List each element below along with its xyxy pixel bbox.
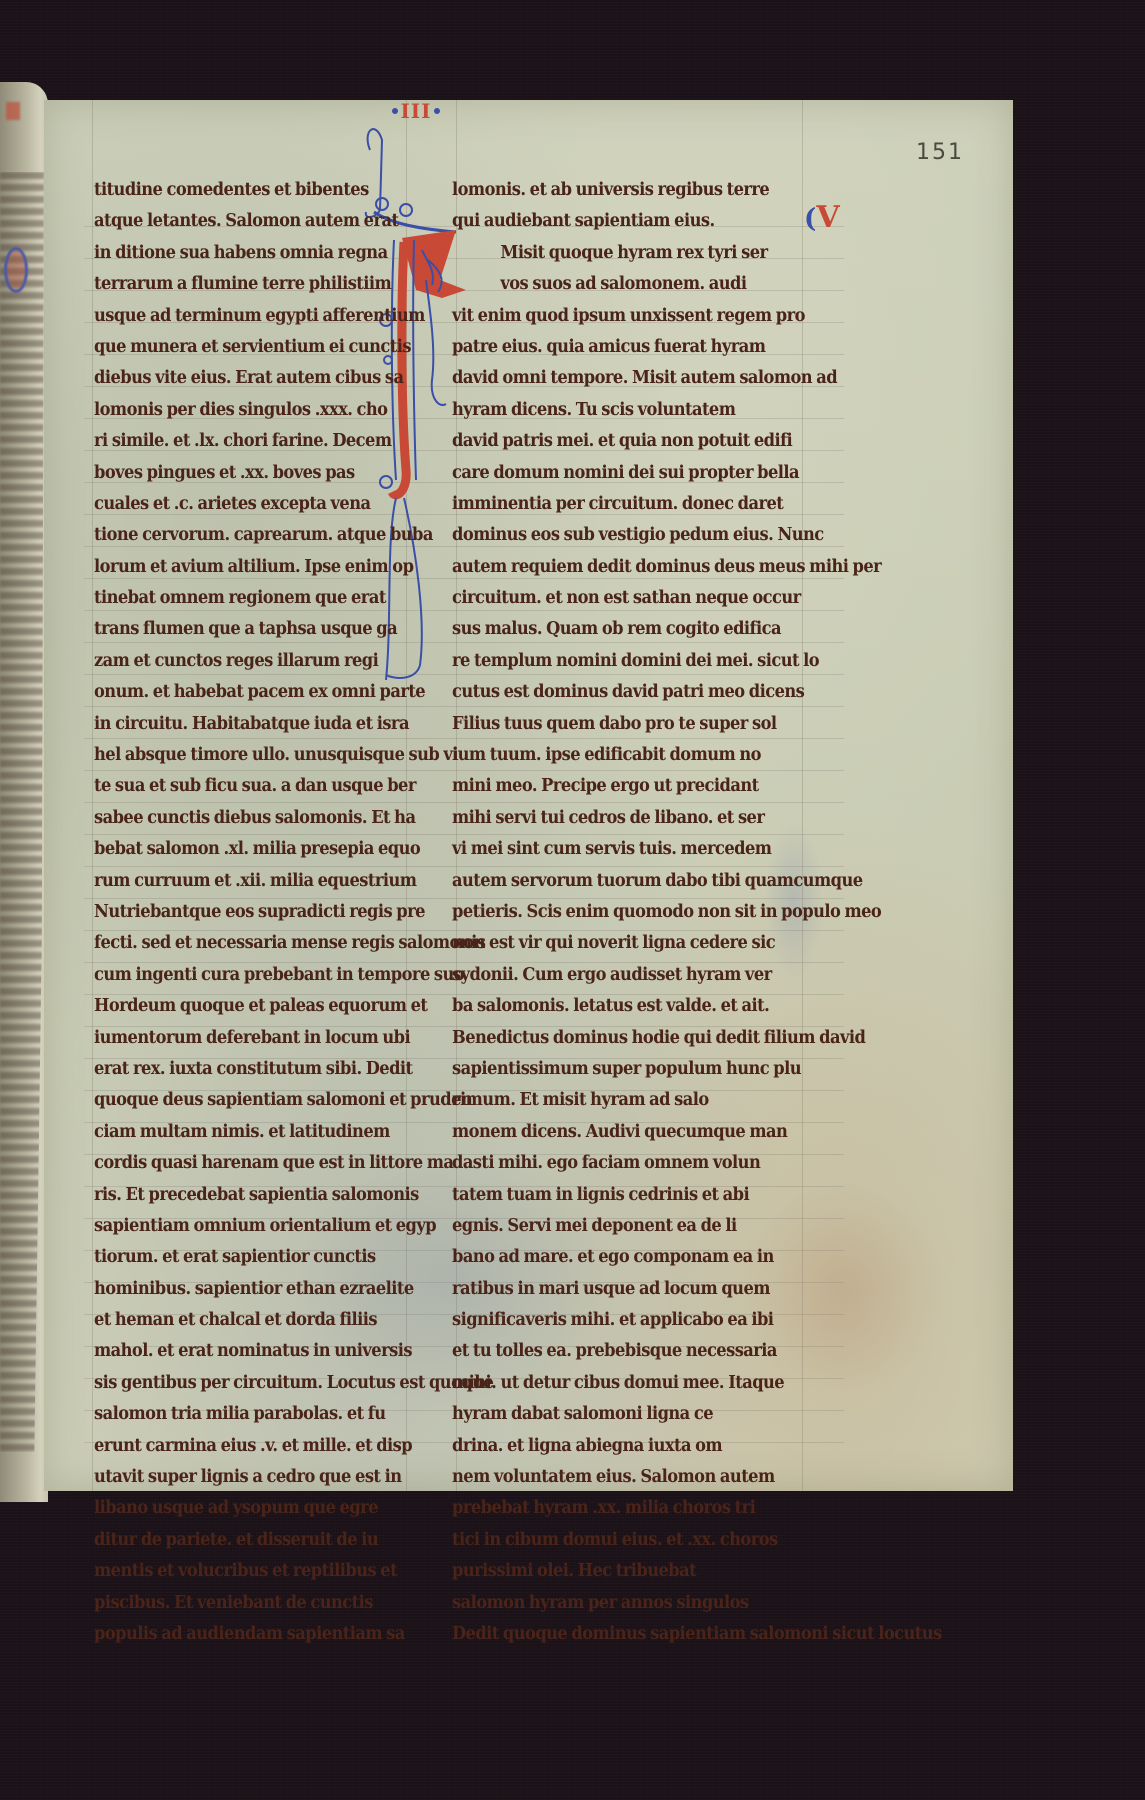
text-line: onum. et habebat pacem ex omni parte — [94, 677, 382, 708]
text-line: titudine comedentes et bibentes — [94, 175, 382, 206]
text-line: salomon hyram per annos singulos — [452, 1588, 778, 1619]
text-line: ris. Et precedebat sapientia salomonis — [94, 1180, 382, 1211]
text-line: tiorum. et erat sapientior cunctis — [94, 1242, 382, 1273]
text-line: erunt carmina eius .v. et mille. et disp — [94, 1431, 382, 1462]
text-line: vos suos ad salomonem. audi — [452, 269, 778, 300]
text-line: mini meo. Precipe ergo ut precidant — [452, 771, 778, 802]
text-line: Dedit quoque dominus sapientiam salomoni… — [452, 1619, 778, 1650]
text-line: non est vir qui noverit ligna cedere sic — [452, 928, 778, 959]
text-line: ba salomonis. letatus est valde. et ait. — [452, 991, 778, 1022]
text-line: Filius tuus quem dabo pro te super sol — [452, 709, 778, 740]
text-line: mentis et volucribus et reptilibus et — [94, 1556, 382, 1587]
facing-page-decorated-initial — [4, 247, 28, 293]
text-line: tatem tuam in lignis cedrinis et abi — [452, 1180, 778, 1211]
text-line: in ditione sua habens omnia regna — [94, 238, 382, 269]
text-line: sydonii. Cum ergo audisset hyram ver — [452, 960, 778, 991]
text-line: zam et cunctos reges illarum regi — [94, 646, 382, 677]
text-line: autem servorum tuorum dabo tibi quamcumq… — [452, 866, 778, 897]
text-line: hyram dicens. Tu scis voluntatem — [452, 395, 778, 426]
text-line: tinebat omnem regionem que erat — [94, 583, 382, 614]
text-line: sabee cunctis diebus salomonis. Et ha — [94, 803, 382, 834]
text-line: autem requiem dedit dominus deus meus mi… — [452, 552, 778, 583]
text-column-left: titudine comedentes et bibentes atque le… — [94, 175, 404, 1650]
text-line: rimum. Et misit hyram ad salo — [452, 1085, 778, 1116]
text-line: ri simile. et .lx. chori farine. Decem — [94, 426, 382, 457]
text-line: lorum et avium altilium. Ipse enim op — [94, 552, 382, 583]
facing-page-edge — [0, 82, 48, 1502]
text-line: david omni tempore. Misit autem salomon … — [452, 363, 778, 394]
folio-number: 151 — [916, 140, 964, 165]
text-line: cum ingenti cura prebebant in tempore su… — [94, 960, 382, 991]
text-line: hominibus. sapientior ethan ezraelite — [94, 1274, 382, 1305]
text-line: ratibus in mari usque ad locum quem — [452, 1274, 778, 1305]
text-line: ditur de pariete. et disseruit de iu — [94, 1525, 382, 1556]
running-head-dot-right — [434, 108, 440, 114]
text-line: populis ad audiendam sapientiam sa — [94, 1619, 382, 1650]
text-line: nem voluntatem eius. Salomon autem — [452, 1462, 778, 1493]
manuscript-folio: III 151 (V titudine comedentes et bibent… — [44, 100, 1013, 1491]
text-line: Hordeum quoque et paleas equorum et — [94, 991, 382, 1022]
text-line: dominus eos sub vestigio pedum eius. Nun… — [452, 520, 778, 551]
text-line: bano ad mare. et ego componam ea in — [452, 1242, 778, 1273]
running-head: III — [386, 100, 446, 122]
text-line: cordis quasi harenam que est in littore … — [94, 1148, 382, 1179]
text-line: significaveris mihi. et applicabo ea ibi — [452, 1305, 778, 1336]
ruling-line-left-margin — [92, 100, 93, 1491]
text-line: re templum nomini domini dei mei. sicut … — [452, 646, 778, 677]
text-line: salomon tria milia parabolas. et fu — [94, 1399, 382, 1430]
text-line: imminentia per circuitum. donec daret — [452, 489, 778, 520]
verse-mark-bar: ( — [804, 204, 816, 234]
text-line: dasti mihi. ego faciam omnem volun — [452, 1148, 778, 1179]
text-line: david patris mei. et quia non potuit edi… — [452, 426, 778, 457]
text-line: cuales et .c. arietes excepta vena — [94, 489, 382, 520]
text-line: mihi. ut detur cibus domui mee. Itaque — [452, 1368, 778, 1399]
text-line: bebat salomon .xl. milia presepia equo — [94, 834, 382, 865]
text-line: circuitum. et non est sathan neque occur — [452, 583, 778, 614]
verse-mark-letter: V — [816, 200, 839, 235]
text-line: et heman et chalcal et dorda filiis — [94, 1305, 382, 1336]
text-line: erat rex. iuxta constitutum sibi. Dedit — [94, 1054, 382, 1085]
text-line: petieris. Scis enim quomodo non sit in p… — [452, 897, 778, 928]
text-line: te sua et sub ficu sua. a dan usque ber — [94, 771, 382, 802]
text-line: lomonis. et ab universis regibus terre — [452, 175, 778, 206]
facing-page-text-blur — [0, 172, 44, 1452]
text-line: Benedictus dominus hodie qui dedit filiu… — [452, 1023, 778, 1054]
text-line: diebus vite eius. Erat autem cibus sa — [94, 363, 382, 394]
text-line: monem dicens. Audivi quecumque man — [452, 1117, 778, 1148]
text-line: terrarum a flumine terre philistiim — [94, 269, 382, 300]
text-line: tione cervorum. caprearum. atque buba — [94, 520, 382, 551]
text-line: vi mei sint cum servis tuis. mercedem — [452, 834, 778, 865]
text-line: fecti. sed et necessaria mense regis sal… — [94, 928, 382, 959]
text-line: boves pingues et .xx. boves pas — [94, 458, 382, 489]
text-column-right: lomonis. et ab universis regibus terre q… — [452, 175, 802, 1650]
text-line: que munera et servientium ei cunctis — [94, 332, 382, 363]
text-line: drina. et ligna abiegna iuxta om — [452, 1431, 778, 1462]
verse-mark: (V — [804, 200, 840, 235]
text-line: hel absque timore ullo. unusquisque sub … — [94, 740, 382, 771]
text-line: sus malus. Quam ob rem cogito edifica — [452, 614, 778, 645]
text-line: care domum nomini dei sui propter bella — [452, 458, 778, 489]
text-line: piscibus. Et veniebant de cunctis — [94, 1588, 382, 1619]
text-line: qui audiebant sapientiam eius. — [452, 206, 778, 237]
text-line: ium tuum. ipse edificabit domum no — [452, 740, 778, 771]
text-line: sis gentibus per circuitum. Locutus est … — [94, 1368, 382, 1399]
text-line: mahol. et erat nominatus in universis — [94, 1336, 382, 1367]
text-line: sapientiam omnium orientalium et egyp — [94, 1211, 382, 1242]
text-line: mihi servi tui cedros de libano. et ser — [452, 803, 778, 834]
text-line: Misit quoque hyram rex tyri ser — [452, 238, 778, 269]
text-line: libano usque ad ysopum que egre — [94, 1493, 382, 1524]
text-line: vit enim quod ipsum unxissent regem pro — [452, 301, 778, 332]
running-head-text: III — [400, 99, 431, 123]
text-line: usque ad terminum egypti afferentium — [94, 301, 382, 332]
text-line: quoque deus sapientiam salomoni et prude… — [94, 1085, 382, 1116]
running-head-dot-left — [392, 108, 398, 114]
text-line: lomonis per dies singulos .xxx. cho — [94, 395, 382, 426]
text-line: trans flumen que a taphsa usque ga — [94, 614, 382, 645]
text-line: prebebat hyram .xx. milia choros tri — [452, 1493, 778, 1524]
text-line: Nutriebantque eos supradicti regis pre — [94, 897, 382, 928]
text-line: utavit super lignis a cedro que est in — [94, 1462, 382, 1493]
text-line: ciam multam nimis. et latitudinem — [94, 1117, 382, 1148]
text-line: iumentorum deferebant in locum ubi — [94, 1023, 382, 1054]
text-line: patre eius. quia amicus fuerat hyram — [452, 332, 778, 363]
text-line: in circuitu. Habitabatque iuda et isra — [94, 709, 382, 740]
facing-page-red-mark — [6, 102, 20, 120]
text-line: purissimi olei. Hec tribuebat — [452, 1556, 778, 1587]
text-line: atque letantes. Salomon autem erat — [94, 206, 382, 237]
text-line: rum curruum et .xii. milia equestrium — [94, 866, 382, 897]
text-line: et tu tolles ea. prebebisque necessaria — [452, 1336, 778, 1367]
text-line: tici in cibum domui eius. et .xx. choros — [452, 1525, 778, 1556]
text-line: egnis. Servi mei deponent ea de li — [452, 1211, 778, 1242]
text-line: cutus est dominus david patri meo dicens — [452, 677, 778, 708]
text-line: hyram dabat salomoni ligna ce — [452, 1399, 778, 1430]
text-line: sapientissimum super populum hunc plu — [452, 1054, 778, 1085]
